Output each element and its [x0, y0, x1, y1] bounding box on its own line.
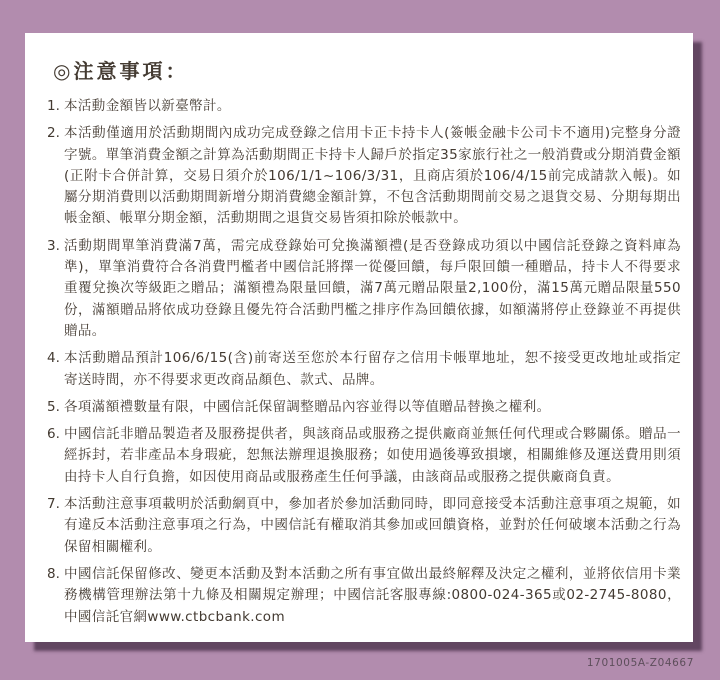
notice-item-5: 5. 各項滿額禮數量有限，中國信託保留調整贈品內容並得以等值贈品替換之權利。	[47, 397, 681, 418]
item-number: 2.	[47, 123, 60, 144]
notice-list: 1. 本活動金額皆以新臺幣計。 2. 本活動僅適用於活動期間內成功完成登錄之信用…	[47, 96, 681, 628]
item-number: 4.	[47, 348, 60, 369]
item-text: 中國信託保留修改、變更本活動及對本活動之所有事宜做出最終解釋及決定之權利，並將依…	[64, 566, 681, 625]
item-text: 各項滿額禮數量有限，中國信託保留調整贈品內容並得以等值贈品替換之權利。	[64, 399, 551, 415]
item-number: 7.	[47, 494, 60, 515]
item-text: 活動期間單筆消費滿7萬，需完成登錄始可兌換滿額禮(是否登錄成功須以中國信託登錄之…	[64, 238, 681, 339]
notice-item-8: 8. 中國信託保留修改、變更本活動及對本活動之所有事宜做出最終解釋及決定之權利，…	[47, 564, 681, 628]
item-number: 1.	[47, 96, 60, 117]
item-text: 本活動注意事項載明於活動網頁中，參加者於參加活動同時，即同意接受本活動注意事項之…	[64, 496, 681, 555]
notice-heading: ◎注意事項：	[53, 55, 681, 84]
notice-item-3: 3. 活動期間單筆消費滿7萬，需完成登錄始可兌換滿額禮(是否登錄成功須以中國信託…	[47, 236, 681, 342]
notice-item-1: 1. 本活動金額皆以新臺幣計。	[47, 96, 681, 117]
notice-item-2: 2. 本活動僅適用於活動期間內成功完成登錄之信用卡正卡持卡人(簽帳金融卡公司卡不…	[47, 123, 681, 229]
page-background: ◎注意事項： 1. 本活動金額皆以新臺幣計。 2. 本活動僅適用於活動期間內成功…	[0, 0, 720, 680]
notice-item-6: 6. 中國信託非贈品製造者及服務提供者，與該商品或服務之提供廠商並無任何代理或合…	[47, 424, 681, 488]
document-code: 1701005A-Z04667	[587, 657, 694, 669]
notice-item-7: 7. 本活動注意事項載明於活動網頁中，參加者於參加活動同時，即同意接受本活動注意…	[47, 494, 681, 558]
notice-item-4: 4. 本活動贈品預計106/6/15(含)前寄送至您於本行留存之信用卡帳單地址，…	[47, 348, 681, 391]
notice-card: ◎注意事項： 1. 本活動金額皆以新臺幣計。 2. 本活動僅適用於活動期間內成功…	[25, 33, 693, 642]
item-text: 本活動僅適用於活動期間內成功完成登錄之信用卡正卡持卡人(簽帳金融卡公司卡不適用)…	[64, 125, 681, 226]
item-number: 8.	[47, 564, 60, 585]
item-number: 6.	[47, 424, 60, 445]
item-text: 本活動金額皆以新臺幣計。	[64, 98, 231, 114]
item-text: 中國信託非贈品製造者及服務提供者，與該商品或服務之提供廠商並無任何代理或合夥關係…	[64, 426, 681, 485]
item-number: 5.	[47, 397, 60, 418]
item-text: 本活動贈品預計106/6/15(含)前寄送至您於本行留存之信用卡帳單地址，恕不接…	[64, 350, 681, 387]
item-number: 3.	[47, 236, 60, 257]
